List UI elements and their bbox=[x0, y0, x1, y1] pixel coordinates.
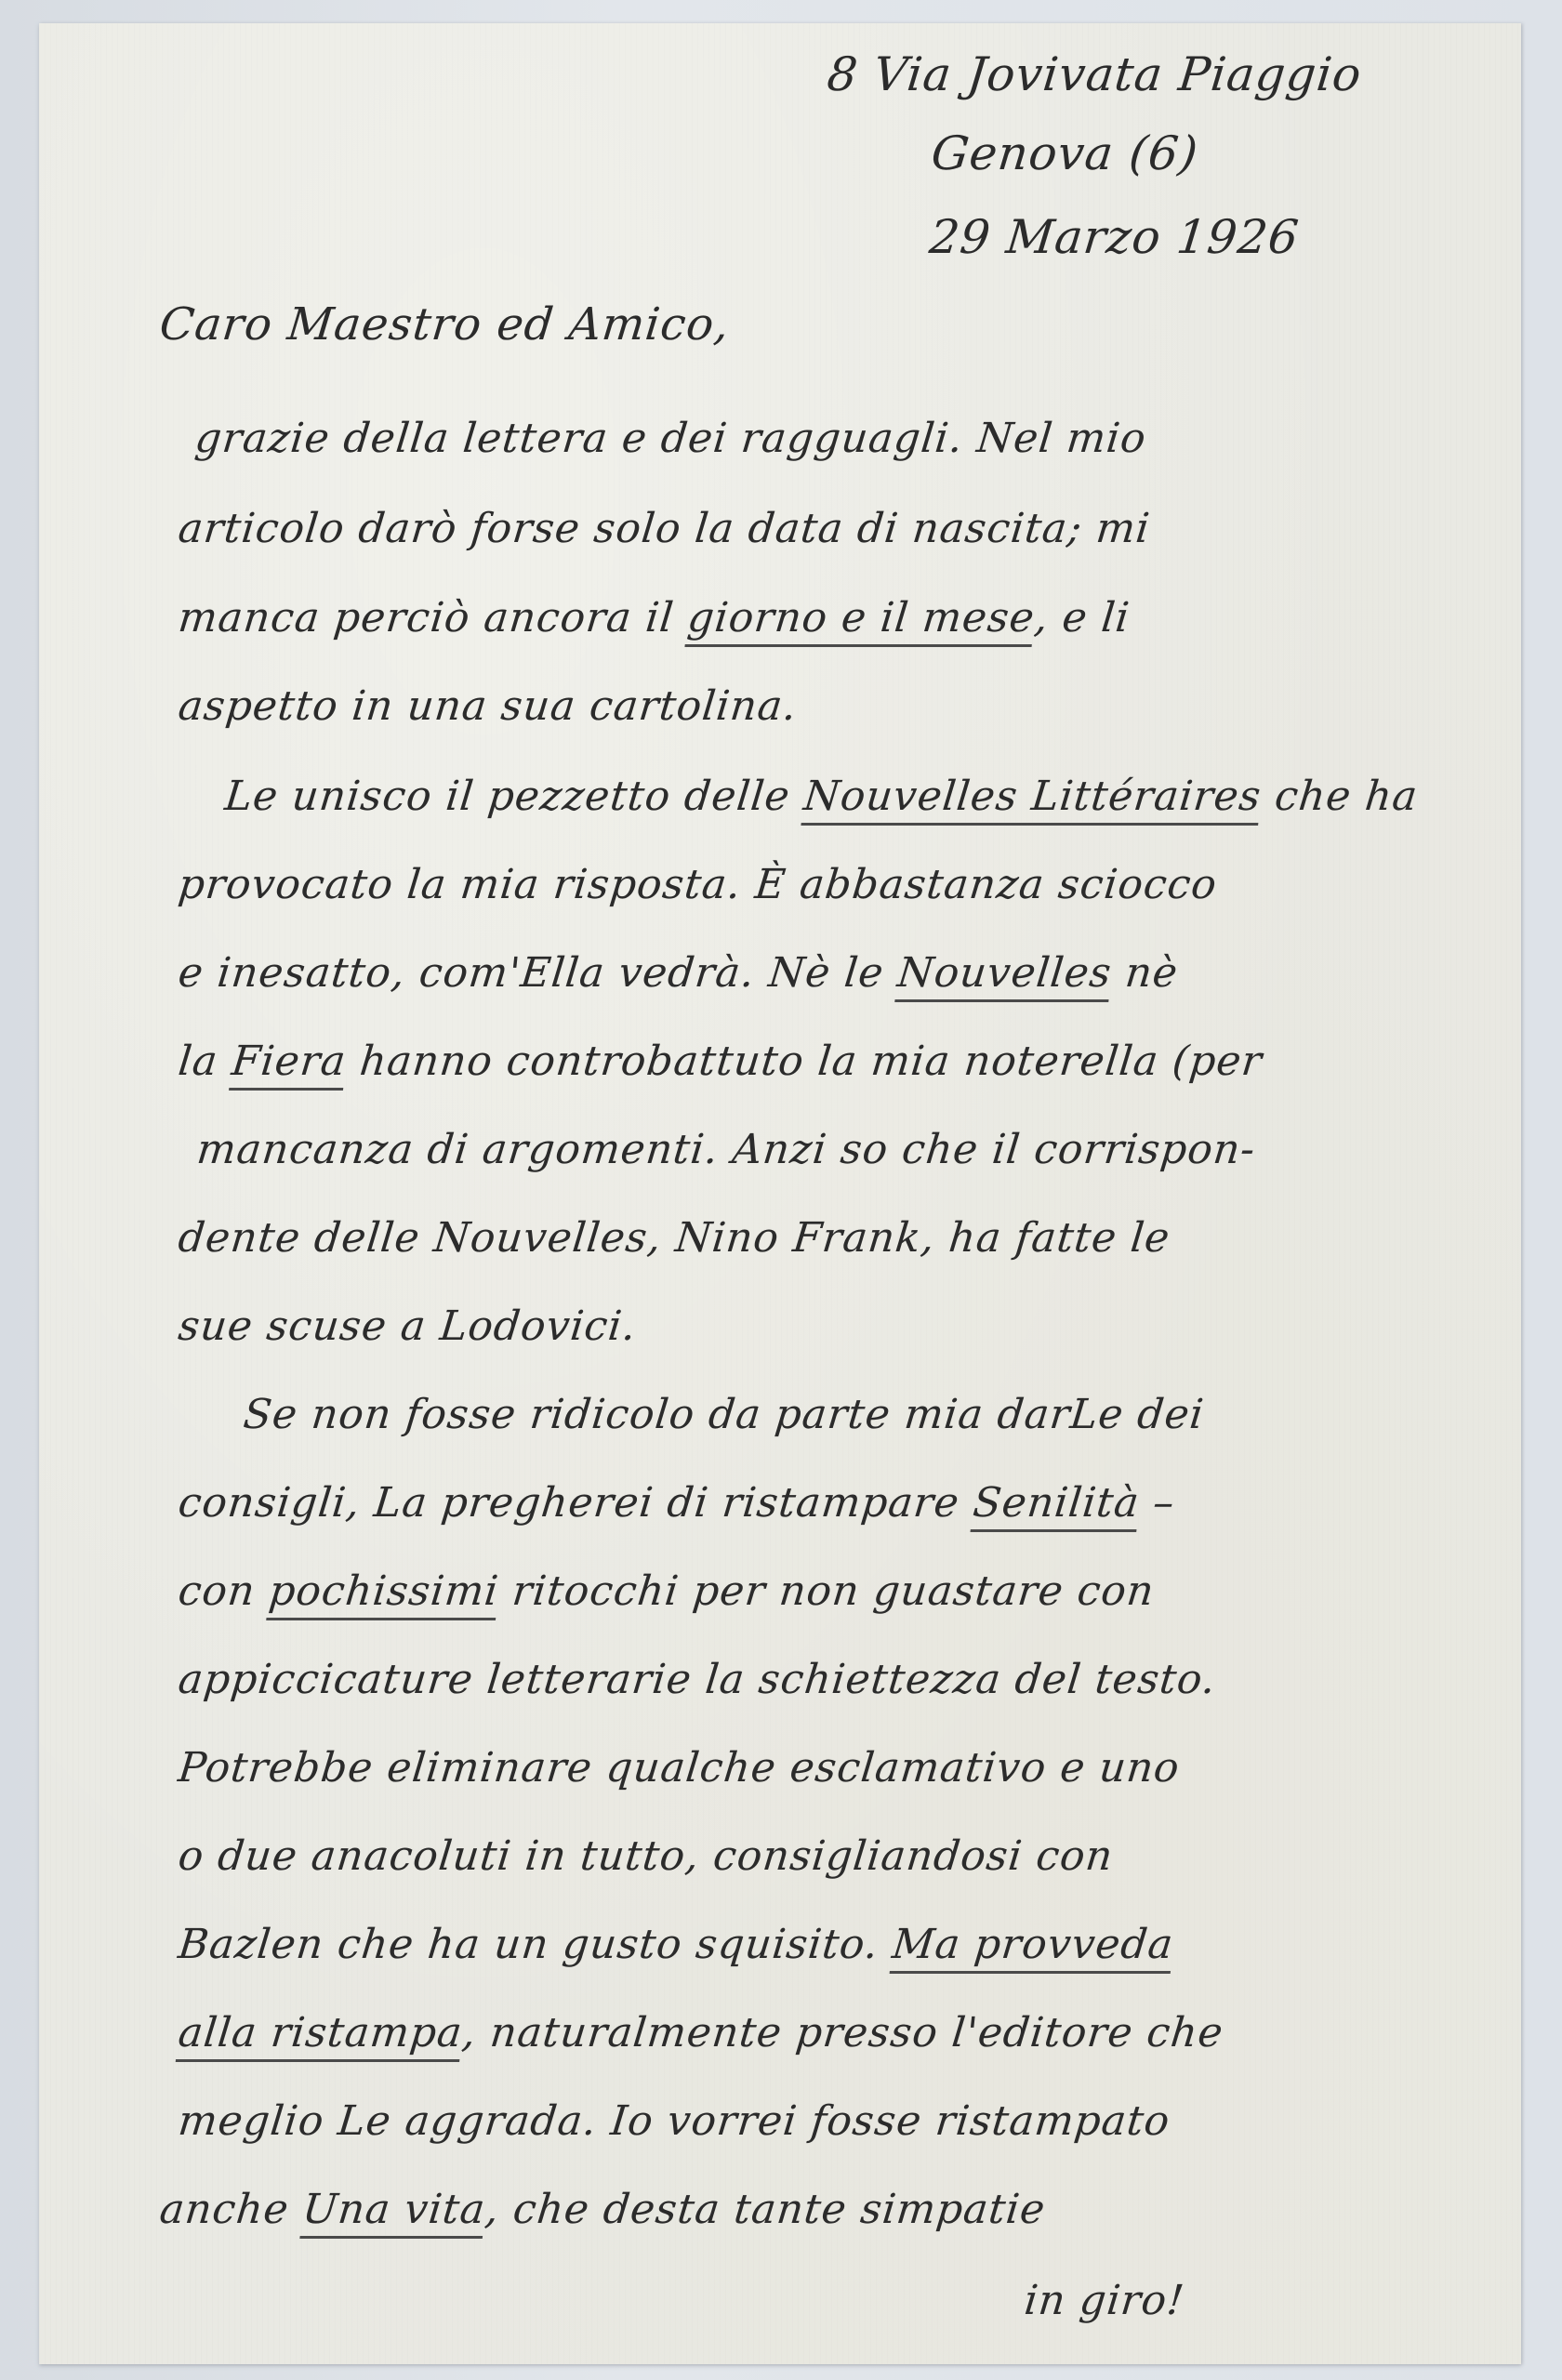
underlined-phrase: alla ristampa bbox=[176, 2009, 465, 2056]
body-text: che ha bbox=[1259, 773, 1421, 820]
underlined-phrase: giorno e il mese bbox=[685, 594, 1037, 641]
body-line: in giro! bbox=[1023, 2281, 1186, 2321]
body-line: alla ristampa, naturalmente presso l'edi… bbox=[177, 2013, 1225, 2054]
body-text: meglio Le aggrada. Io vorrei fosse rista… bbox=[176, 2097, 1172, 2145]
body-line: grazie della lettera e dei ragguagli. Ne… bbox=[193, 418, 1148, 459]
body-text: aspetto in una sua cartolina. bbox=[176, 682, 799, 730]
body-text: la bbox=[176, 1038, 234, 1085]
address-line-2: Genova (6) bbox=[929, 130, 1200, 177]
body-line: la Fiera hanno controbattuto la mia note… bbox=[177, 1041, 1264, 1082]
body-line: con pochissimi ritocchi per non guastare… bbox=[177, 1571, 1157, 1612]
underlined-phrase: Nouvelles Littéraires bbox=[801, 773, 1264, 820]
body-line: consigli, La pregherei di ristampare Sen… bbox=[177, 1483, 1177, 1524]
letter-date: 29 Marzo 1926 bbox=[927, 214, 1301, 260]
body-line: articolo darò forse solo la data di nasc… bbox=[177, 509, 1152, 549]
body-line: sue scuse a Lodovici. bbox=[177, 1306, 639, 1347]
body-line: manca perciò ancora il giorno e il mese,… bbox=[177, 598, 1132, 639]
body-text: Se non fosse ridicolo da parte mia darLe… bbox=[241, 1391, 1206, 1438]
body-text: , e li bbox=[1032, 594, 1132, 641]
body-line: provocato la mia risposta. È abbastanza … bbox=[177, 865, 1220, 906]
body-text: sue scuse a Lodovici. bbox=[176, 1302, 639, 1350]
body-text: Bazlen che ha un gusto squisito. bbox=[176, 1921, 894, 1968]
body-text: in giro! bbox=[1022, 2277, 1186, 2324]
body-text: Potrebbe eliminare qualche esclamativo e… bbox=[176, 1744, 1182, 1792]
body-text: o due anacoluti in tutto, consigliandosi… bbox=[176, 1832, 1115, 1880]
body-text: manca perciò ancora il bbox=[176, 594, 690, 641]
underlined-title: Una vita bbox=[300, 2186, 488, 2233]
body-text: con bbox=[176, 1567, 271, 1615]
letter-sheet: 8 Via Jovivata Piaggio Genova (6) 29 Mar… bbox=[39, 23, 1521, 2364]
body-line: Bazlen che ha un gusto squisito. Ma prov… bbox=[177, 1924, 1176, 1965]
body-text: articolo darò forse solo la data di nasc… bbox=[176, 505, 1152, 552]
body-line: appiccicature letterarie la schiettezza … bbox=[177, 1659, 1218, 1700]
body-text: anche bbox=[157, 2186, 305, 2233]
underlined-phrase: Nouvelles bbox=[895, 949, 1114, 997]
body-line: Potrebbe eliminare qualche esclamativo e… bbox=[177, 1748, 1182, 1789]
body-text: nè bbox=[1109, 949, 1181, 997]
body-text: , naturalmente presso l'editore che bbox=[460, 2009, 1226, 2056]
body-text: grazie della lettera e dei ragguagli. Ne… bbox=[192, 415, 1148, 462]
underlined-phrase: pochissimi bbox=[267, 1567, 501, 1615]
body-text: mancanza di argomenti. Anzi so che il co… bbox=[194, 1126, 1258, 1173]
address-line-1: 8 Via Jovivata Piaggio bbox=[825, 51, 1364, 98]
body-text: e inesatto, com'Ella vedrà. Nè le bbox=[176, 949, 900, 997]
body-line: o due anacoluti in tutto, consigliandosi… bbox=[177, 1836, 1116, 1877]
body-line: mancanza di argomenti. Anzi so che il co… bbox=[195, 1130, 1258, 1170]
body-text: – bbox=[1137, 1479, 1177, 1527]
underlined-phrase: Fiera bbox=[230, 1038, 349, 1085]
underlined-phrase: Ma provveda bbox=[890, 1921, 1175, 1968]
body-line: Se non fosse ridicolo da parte mia darLe… bbox=[242, 1395, 1206, 1435]
underlined-title: Senilità bbox=[971, 1479, 1142, 1527]
body-line: e inesatto, com'Ella vedrà. Nè le Nouvel… bbox=[177, 953, 1180, 994]
body-text: appiccicature letterarie la schiettezza … bbox=[176, 1656, 1218, 1703]
body-line: aspetto in una sua cartolina. bbox=[177, 686, 800, 727]
body-line: dente delle Nouvelles, Nino Frank, ha fa… bbox=[177, 1218, 1172, 1259]
body-text: hanno controbattuto la mia noterella (pe… bbox=[344, 1038, 1265, 1085]
body-line: meglio Le aggrada. Io vorrei fosse rista… bbox=[177, 2101, 1172, 2142]
salutation: Caro Maestro ed Amico, bbox=[157, 302, 732, 347]
body-text: Le unisco il pezzetto delle bbox=[222, 773, 806, 820]
body-text: dente delle Nouvelles, Nino Frank, ha fa… bbox=[176, 1214, 1172, 1262]
body-text: ritocchi per non guastare con bbox=[496, 1567, 1157, 1615]
body-line: anche Una vita, che desta tante simpatie bbox=[158, 2189, 1048, 2230]
body-line: Le unisco il pezzetto delle Nouvelles Li… bbox=[223, 776, 1421, 817]
body-text: consigli, La pregherei di ristampare bbox=[176, 1479, 975, 1527]
body-text: , che desta tante simpatie bbox=[483, 2186, 1048, 2233]
body-text: provocato la mia risposta. È abbastanza … bbox=[176, 861, 1219, 908]
